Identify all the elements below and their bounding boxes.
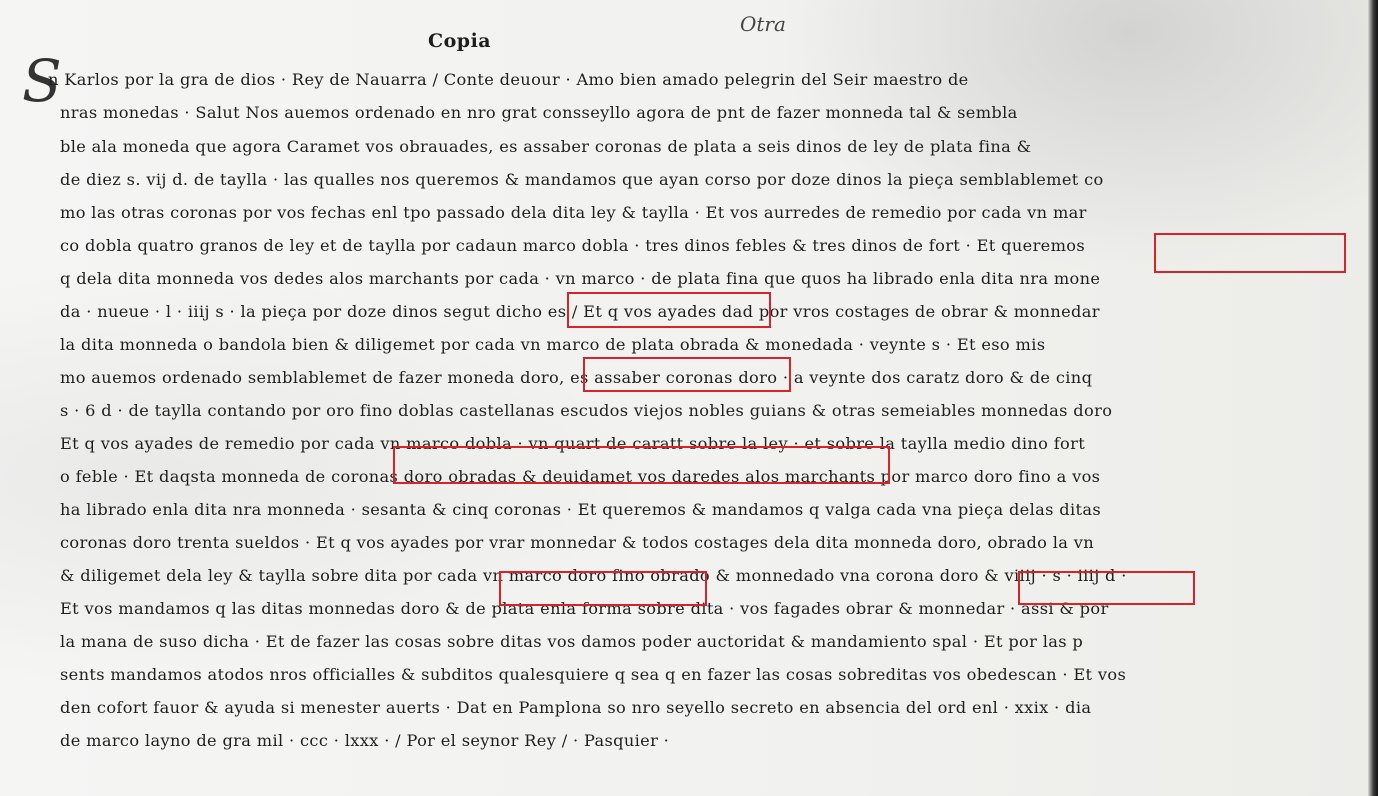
highlight-text: por cada vn marco dobla · vn quart de ca… [403, 452, 767, 471]
highlight-text: por cada vn mar [1164, 239, 1297, 258]
highlight-text: vna corona doro [1028, 577, 1160, 596]
text-line-7: q dela dita monneda vos dedes alos march… [60, 269, 1100, 288]
text-line-5: mo las otras coronas por vos fechas enl … [60, 203, 1087, 222]
highlight-box-2[interactable]: por cada · vn marco [567, 292, 771, 328]
text-line-21: de marco layno de gra mil · ccc · lxxx ·… [60, 731, 669, 750]
page-edge-shadow [1368, 0, 1378, 796]
document-heading: Copia [428, 30, 491, 52]
text-line-11: s · 6 d · de taylla contando por oro fin… [60, 401, 1112, 420]
highlight-box-6[interactable]: vna corona doro [1018, 571, 1195, 605]
text-line-3: ble ala moneda que agora Caramet vos obr… [60, 137, 1031, 156]
text-line-15: coronas doro trenta sueldos · Et q vos a… [60, 533, 1094, 552]
highlight-box-3[interactable]: por cada vn marco [583, 357, 791, 392]
text-line-10: mo auemos ordenado semblablemet de fazer… [60, 368, 1092, 387]
marginal-note: Otra [740, 12, 786, 36]
text-line-4: de diez s. vij d. de taylla · las qualle… [60, 170, 1104, 189]
text-line-14: ha librado enla dita nra monneda · sesan… [60, 500, 1101, 519]
text-line-19: sents mandamos atodos nros officialles &… [60, 665, 1126, 684]
highlight-text: por cada vn marco [593, 363, 744, 382]
text-line-6: co dobla quatro granos de ley et de tayl… [60, 236, 1085, 255]
text-line-9: la dita monneda o bandola bien & diligem… [60, 335, 1045, 354]
highlight-box-5[interactable]: por cada vn marco [499, 571, 707, 606]
highlight-box-4[interactable]: por cada vn marco dobla · vn quart de ca… [393, 446, 890, 484]
highlight-text: por cada · vn marco [577, 298, 739, 317]
highlight-box-1[interactable]: por cada vn mar [1154, 233, 1346, 273]
highlight-text: por cada vn marco [509, 577, 660, 596]
text-line-2: nras monedas · Salut Nos auemos ordenado… [60, 103, 1018, 122]
text-line-1: n Karlos por la gra de dios · Rey de Nau… [48, 70, 969, 89]
text-line-18: la mana de suso dicha · Et de fazer las … [60, 632, 1083, 651]
text-line-20: den cofort fauor & ayuda si menester aue… [60, 698, 1091, 717]
manuscript-page: Otra Copia S n Karlos por la gra de dios… [0, 0, 1378, 796]
